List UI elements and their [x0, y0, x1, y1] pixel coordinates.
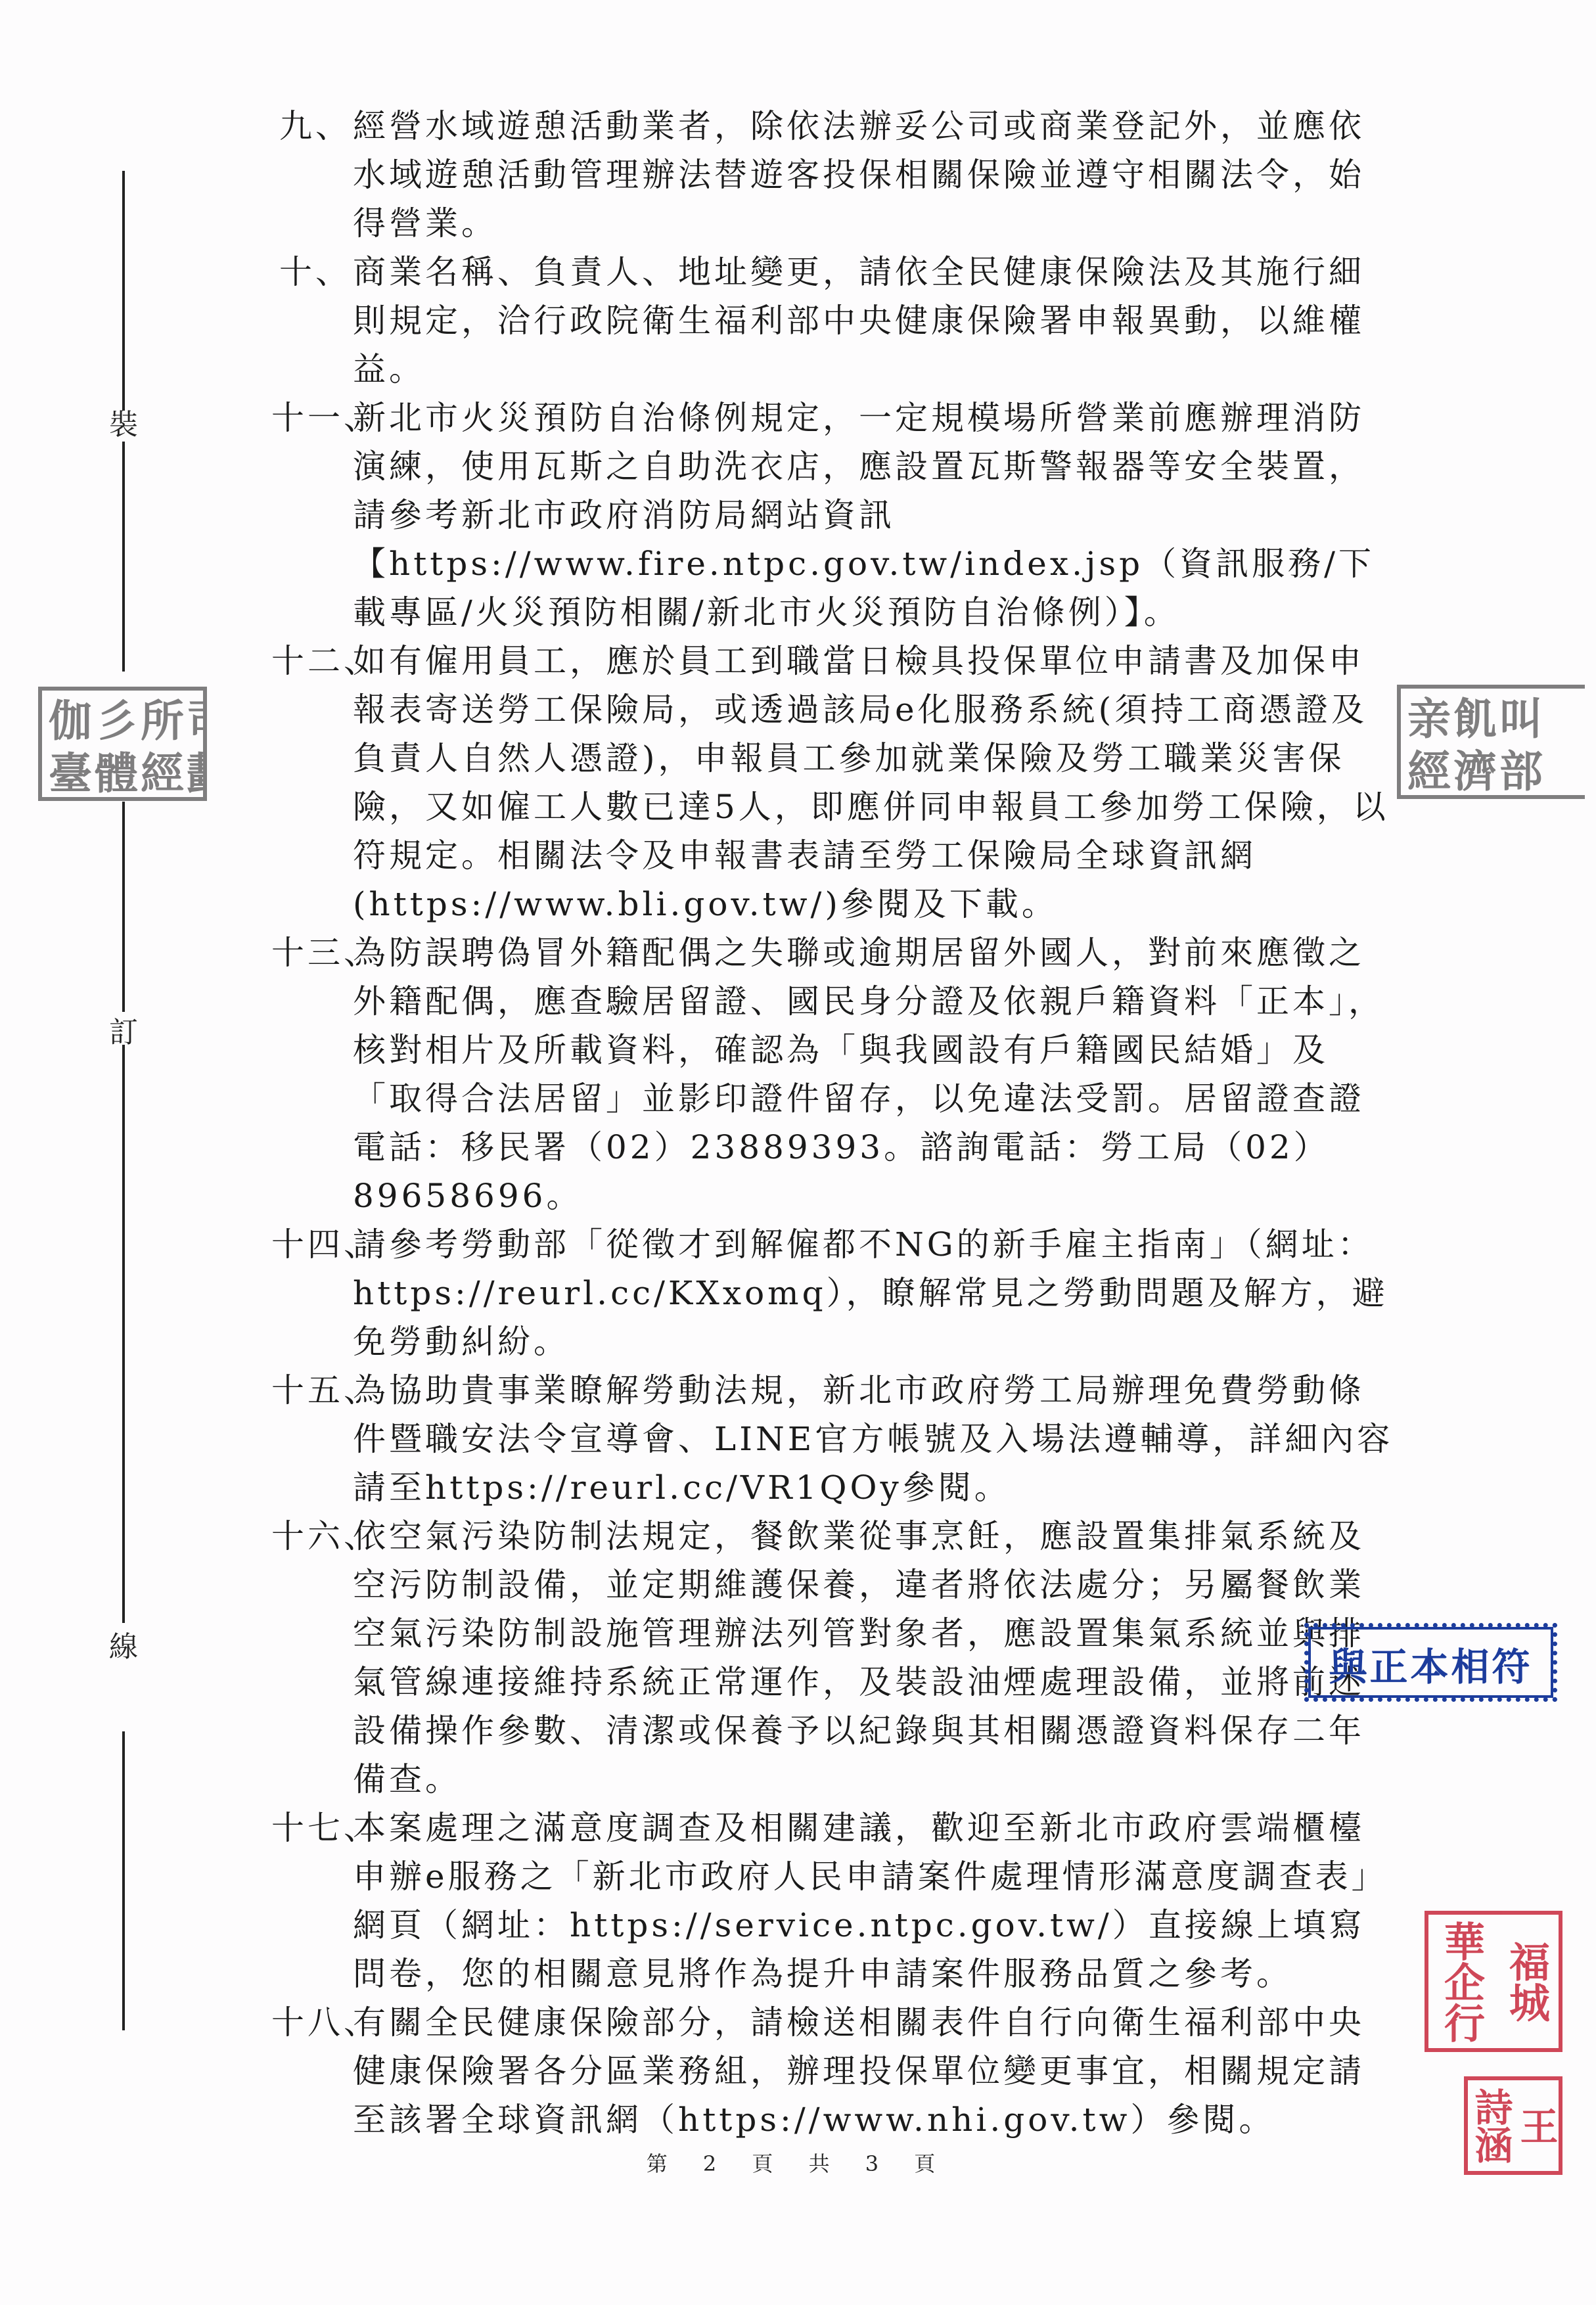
list-item-13: 十三、 為防誤聘偽冒外籍配偶之失聯或逾期居留外國人，對前來應徵之外籍配偶，應查驗…	[271, 928, 1396, 1220]
item-text: 依空氣污染防制法規定，餐飲業從事烹飪，應設置集排氣系統及空污防制設備，並定期維護…	[353, 1512, 1396, 1804]
item-text: 商業名稱、負責人、地址變更，請依全民健康保險法及其施行細則規定，洽行政院衛生福利…	[353, 248, 1396, 394]
item-text: 請參考勞動部「從徵才到解僱都不NG的新手雇主指南」（網址：https://reu…	[353, 1220, 1396, 1366]
binding-line-top	[122, 171, 125, 411]
item-number: 十五、	[271, 1366, 353, 1512]
binding-line-bottom	[122, 1731, 125, 2030]
item-number: 十六、	[271, 1512, 353, 1804]
seam-stamp-right-line2: 經濟部	[1407, 745, 1578, 798]
binding-char-xian: 線	[106, 1623, 141, 1665]
item-text: 為協助貴事業瞭解勞動法規，新北市政府勞工局辦理免費勞動條件暨職安法令宣導會、LI…	[353, 1366, 1396, 1512]
item-number: 十二、	[271, 637, 353, 928]
list-item-18: 十八、 有關全民健康保險部分，請檢送相關表件自行向衛生福利部中央健康保險署各分區…	[271, 1998, 1396, 2144]
seam-stamp-left-line2: 臺體經劃	[49, 747, 196, 800]
item-text: 有關全民健康保險部分，請檢送相關表件自行向衛生福利部中央健康保險署各分區業務組，…	[353, 1998, 1396, 2144]
item-number: 十、	[279, 248, 353, 394]
list-item-15: 十五、 為協助貴事業瞭解勞動法規，新北市政府勞工局辦理免費勞動條件暨職安法令宣導…	[271, 1366, 1396, 1512]
seam-stamp-right-line1: 亲飢叫	[1407, 693, 1578, 745]
item-text: 經營水域遊憩活動業者，除依法辦妥公司或商業登記外，並應依水域遊憩活動管理辦法替遊…	[353, 102, 1396, 248]
company-seal-right-col: 福城	[1493, 1915, 1559, 2048]
certified-copy-stamp: 與正本相符	[1304, 1623, 1557, 1702]
list-item-17: 十七、 本案處理之滿意度調查及相關建議，歡迎至新北市政府雲端櫃檯申辦e服務之「新…	[271, 1804, 1396, 1998]
binding-line-lower-mid	[122, 802, 125, 1012]
item-number: 九、	[279, 102, 353, 248]
item-number: 十三、	[271, 928, 353, 1220]
item-number: 十一、	[271, 394, 353, 637]
binding-line-long	[122, 1045, 125, 1623]
document-body: 九、 經營水域遊憩活動業者，除依法辦妥公司或商業登記外，並應依水域遊憩活動管理辦…	[279, 102, 1396, 2144]
list-item-16: 十六、 依空氣污染防制法規定，餐飲業從事烹飪，應設置集排氣系統及空污防制設備，並…	[271, 1512, 1396, 1804]
list-item-12: 十二、 如有僱用員工，應於員工到職當日檢具投保單位申請書及加保申報表寄送勞工保險…	[271, 637, 1396, 928]
seam-stamp-left-line1: 伽彡所司	[49, 695, 196, 747]
list-item-10: 十、 商業名稱、負責人、地址變更，請依全民健康保險法及其施行細則規定，洽行政院衛…	[279, 248, 1396, 394]
item-text: 為防誤聘偽冒外籍配偶之失聯或逾期居留外國人，對前來應徵之外籍配偶，應查驗居留證、…	[353, 928, 1396, 1220]
item-number: 十八、	[271, 1998, 353, 2144]
binding-line-upper-mid	[122, 442, 125, 672]
binding-char-zhuang: 裝	[106, 401, 141, 443]
list-item-14: 十四、 請參考勞動部「從徵才到解僱都不NG的新手雇主指南」（網址：https:/…	[271, 1220, 1396, 1366]
item-number: 十七、	[271, 1804, 353, 1998]
company-seal-left-col: 華企行	[1428, 1915, 1493, 2048]
item-text: 如有僱用員工，應於員工到職當日檢具投保單位申請書及加保申報表寄送勞工保險局，或透…	[353, 637, 1396, 928]
item-text: 本案處理之滿意度調查及相關建議，歡迎至新北市政府雲端櫃檯申辦e服務之「新北市政府…	[353, 1804, 1396, 1998]
list-item-11: 十一、 新北市火災預防自治條例規定，一定規模場所營業前應辦理消防演練，使用瓦斯之…	[271, 394, 1396, 637]
item-text: 新北市火災預防自治條例規定，一定規模場所營業前應辦理消防演練，使用瓦斯之自助洗衣…	[353, 394, 1396, 637]
seam-stamp-right: 亲飢叫 經濟部	[1397, 685, 1585, 799]
page-number: 第 2 頁 共 3 頁	[0, 2147, 1596, 2178]
list-item-9: 九、 經營水域遊憩活動業者，除依法辦妥公司或商業登記外，並應依水域遊憩活動管理辦…	[279, 102, 1396, 248]
company-seal: 華企行 福城	[1425, 1911, 1562, 2052]
seam-stamp-left: 伽彡所司 臺體經劃	[38, 687, 207, 801]
item-number: 十四、	[271, 1220, 353, 1366]
